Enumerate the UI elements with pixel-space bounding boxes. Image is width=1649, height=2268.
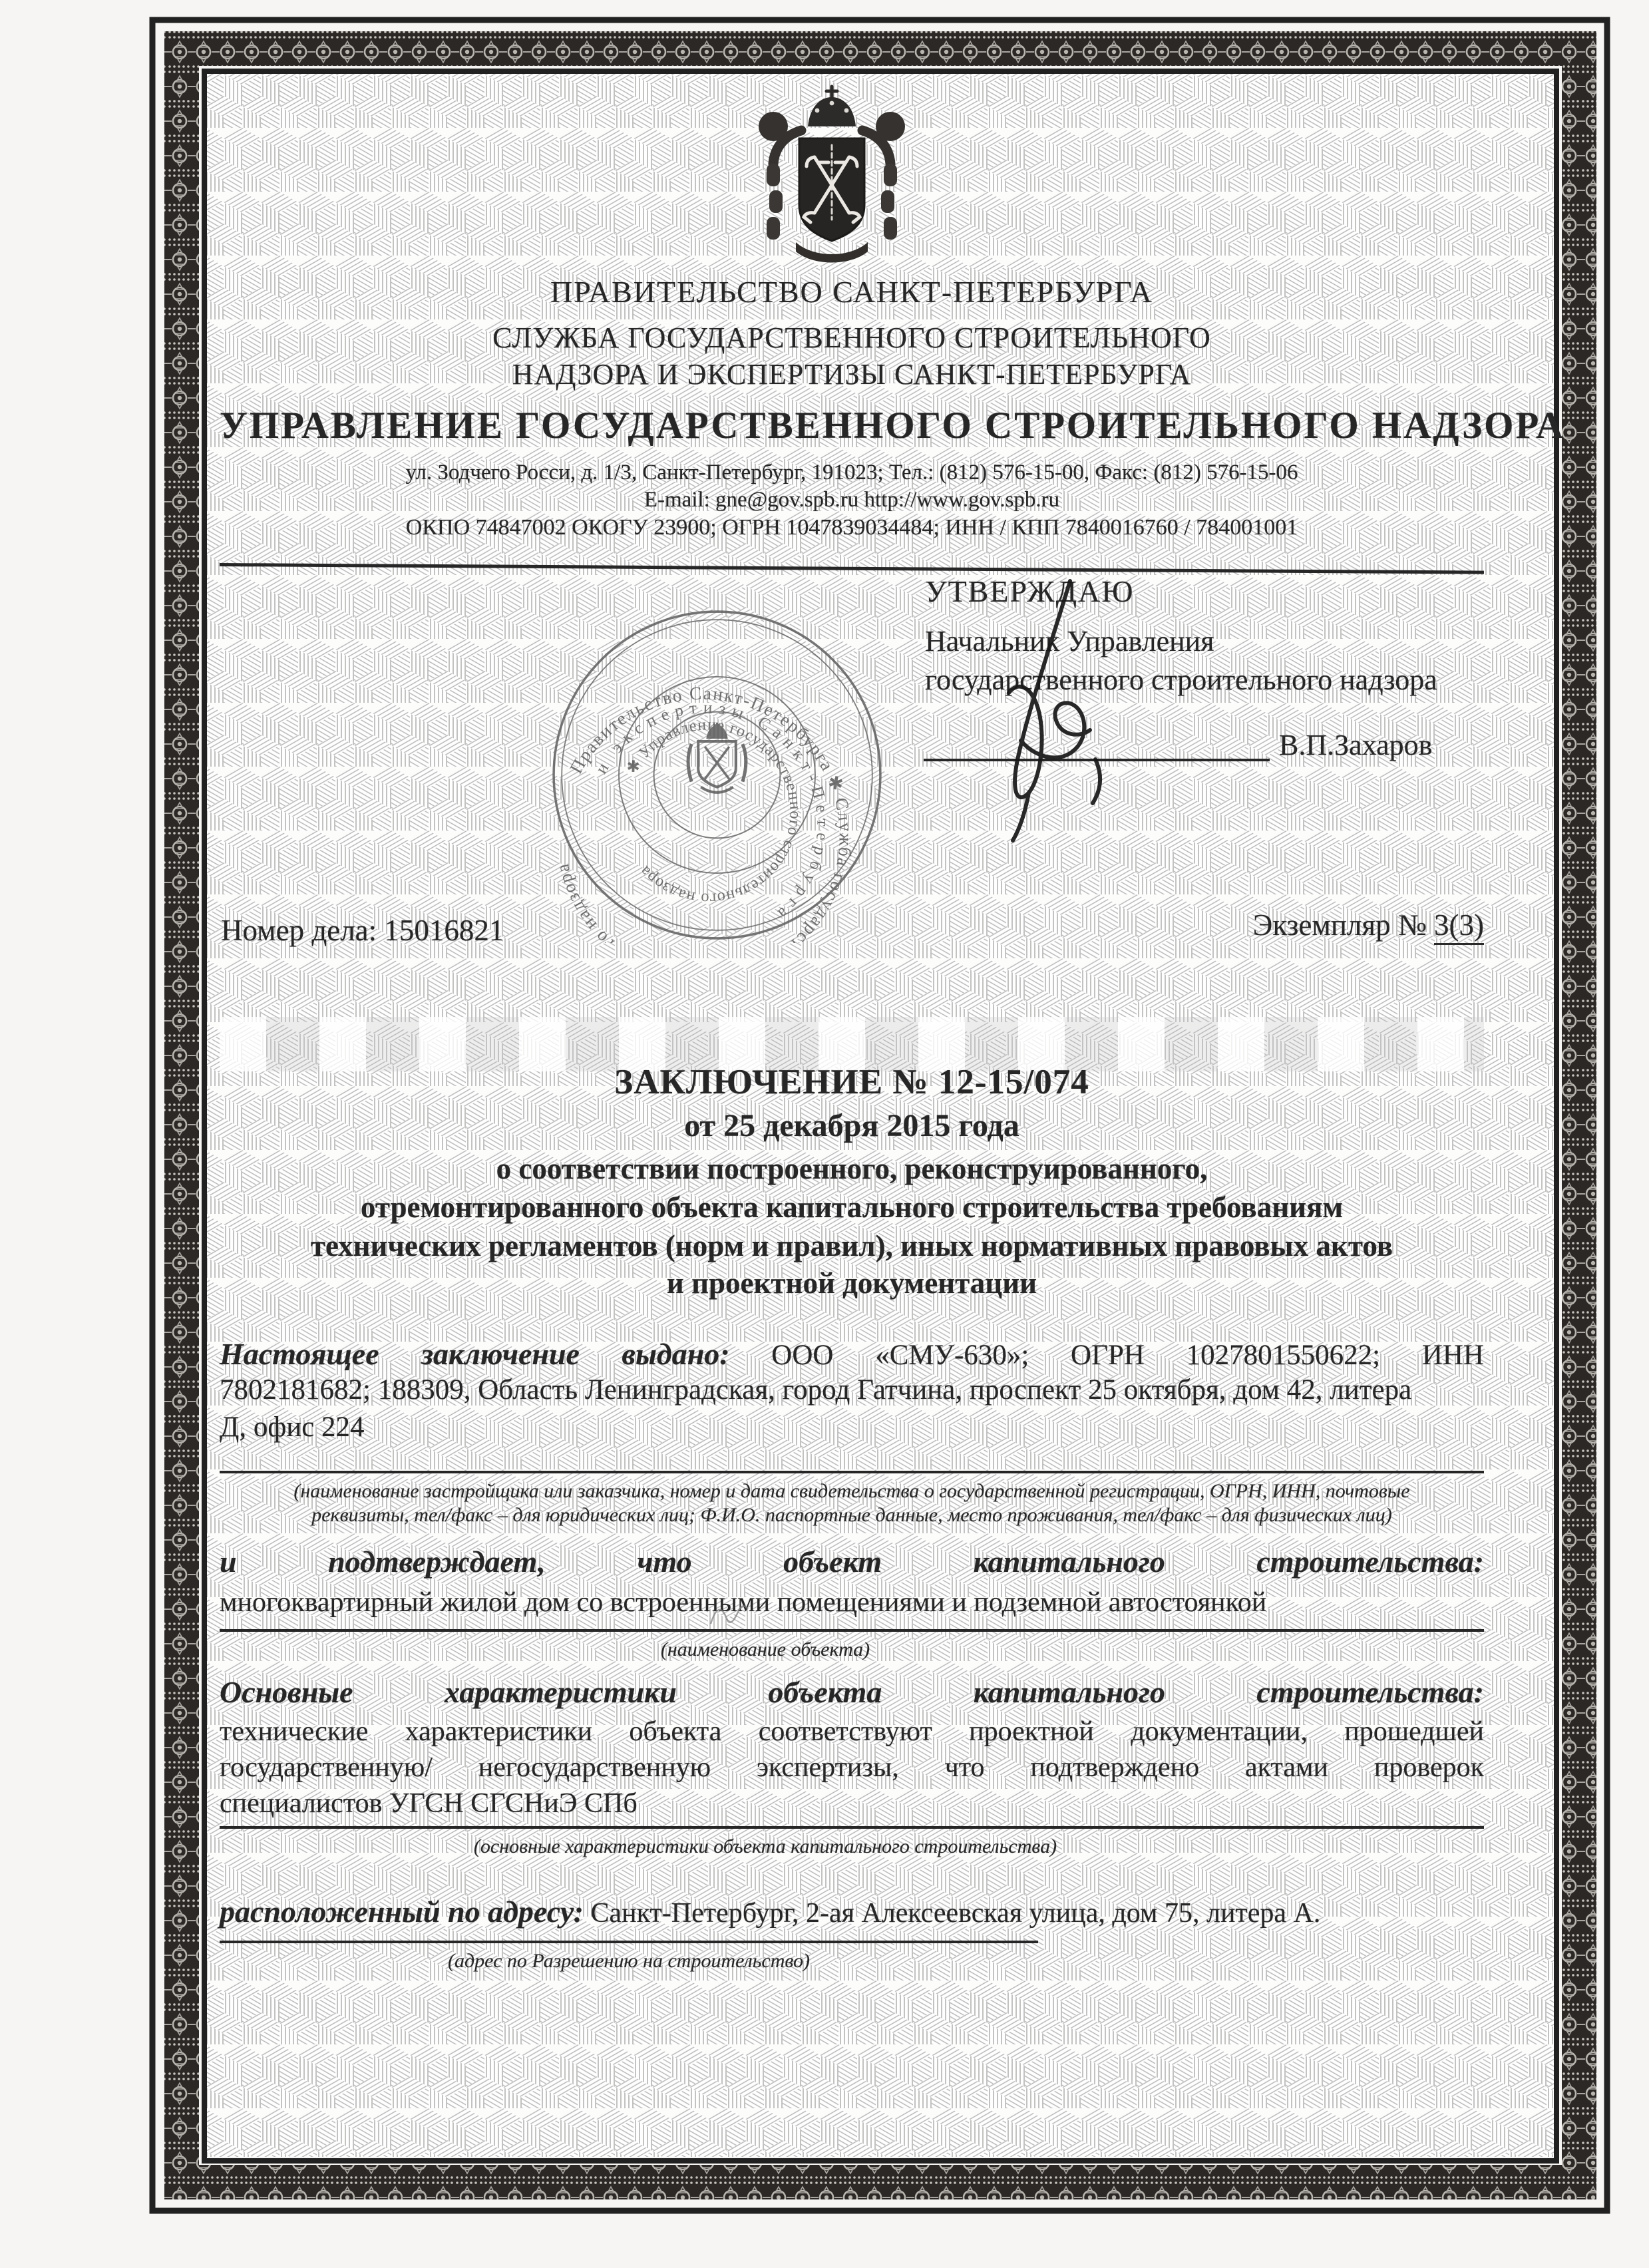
- conclusion-subject-line1: о соответствии построенного, реконструир…: [220, 1151, 1484, 1186]
- service-title-line1: СЛУЖБА ГОСУДАРСТВЕННОГО СТРОИТЕЛЬНОГО: [220, 321, 1484, 355]
- department-title: УПРАВЛЕНИЕ ГОСУДАРСТВЕННОГО СТРОИТЕЛЬНОГ…: [220, 404, 1484, 447]
- conclusion-date: от 25 декабря 2015 года: [220, 1107, 1484, 1144]
- document-content: ПРАВИТЕЛЬСТВО САНКТ-ПЕТЕРБУРГА СЛУЖБА ГО…: [220, 0, 1484, 2268]
- location-address: Санкт-Петербург, 2-ая Алексеевская улица…: [584, 1898, 1320, 1929]
- header-address-line: ул. Зодчего Росси, д. 1/3, Санкт-Петербу…: [220, 461, 1484, 485]
- characteristics-line3: специалистов УГСН СГСНиЭ СПб: [220, 1788, 638, 1819]
- conclusion-subject-line2: отремонтированного объекта капитального …: [220, 1190, 1484, 1225]
- pencil-mark: [705, 1593, 759, 1630]
- issued-footnote-line2: реквизиты, тел/факс – для юридических ли…: [220, 1504, 1484, 1527]
- characteristics-underline-rule: [220, 1826, 1484, 1829]
- characteristics-line2: государственную/ негосударственную экспе…: [220, 1752, 1484, 1784]
- svg-text:✱ Управление государственного: ✱ Управление государственного строительн…: [623, 715, 805, 908]
- location-line: расположенный по адресу: Санкт-Петербург…: [220, 1894, 1320, 1929]
- issued-footnote-line1: (наименование застройщика или заказчика,…: [220, 1480, 1484, 1503]
- government-title: ПРАВИТЕЛЬСТВО САНКТ-ПЕТЕРБУРГА: [220, 274, 1484, 309]
- copy-number-value: 3(3): [1434, 908, 1484, 945]
- conclusion-subject-line4: и проектной документации: [220, 1266, 1484, 1300]
- case-number: Номер дела: 15016821: [221, 913, 504, 948]
- copy-number-prefix: Экземпляр №: [1253, 908, 1434, 942]
- issued-to-line1-rest: ООО «СМУ-630»; ОГРН 1027801550622; ИНН: [730, 1340, 1484, 1371]
- object-underline-rule: [220, 1629, 1484, 1632]
- location-underline-rule: [220, 1941, 1038, 1943]
- issued-to-lead: Настоящее заключение выдано:: [220, 1337, 730, 1371]
- header-contacts-line: E-mail: gne@gov.spb.ru http://www.gov.sp…: [220, 488, 1484, 512]
- issued-to-line1: Настоящее заключение выдано: ООО «СМУ-63…: [220, 1336, 1484, 1372]
- characteristics-lead: Основные характеристики объекта капиталь…: [220, 1674, 1484, 1710]
- object-footnote: (наименование объекта): [220, 1638, 1311, 1661]
- issued-to-line3: Д, офис 224: [220, 1411, 365, 1443]
- location-footnote: (адрес по Разрешению на строительство): [220, 1950, 1038, 1973]
- conclusion-subject-line3: технических регламентов (норм и правил),…: [220, 1228, 1484, 1263]
- issued-to-line2: 7802181682; 188309, Область Ленинградска…: [220, 1374, 1484, 1406]
- characteristics-line1: технические характеристики объекта соотв…: [220, 1716, 1484, 1748]
- seal-ring-inner-text: ✱ Управление государственного строительн…: [623, 715, 805, 908]
- conclusion-heading: ЗАКЛЮЧЕНИЕ № 12-15/074: [220, 1062, 1484, 1102]
- confirmation-lead: и подтверждает, что объект капитального …: [220, 1544, 1484, 1579]
- scanned-certificate-page: ПРАВИТЕЛЬСТВО САНКТ-ПЕТЕРБУРГА СЛУЖБА ГО…: [0, 0, 1649, 2268]
- issued-underline-rule: [220, 1471, 1484, 1473]
- service-title-line2: НАДЗОРА И ЭКСПЕРТИЗЫ САНКТ-ПЕТЕРБУРГА: [220, 357, 1484, 391]
- round-seal: Правительство Санкт-Петербурга ✱ Служба …: [549, 607, 885, 943]
- characteristics-footnote: (основные характеристики объекта капитал…: [220, 1835, 1311, 1858]
- location-lead: расположенный по адресу:: [220, 1895, 584, 1929]
- copy-number-line: Экземпляр № 3(3): [1236, 908, 1484, 942]
- header-codes-line: ОКПО 74847002 ОКОГУ 23900; ОГРН 10478390…: [220, 515, 1484, 540]
- approver-name: В.П.Захаров: [1279, 728, 1432, 762]
- header-divider-rule: [220, 563, 1484, 574]
- signature: [898, 569, 1191, 855]
- spb-coat-of-arms-icon: [732, 83, 932, 273]
